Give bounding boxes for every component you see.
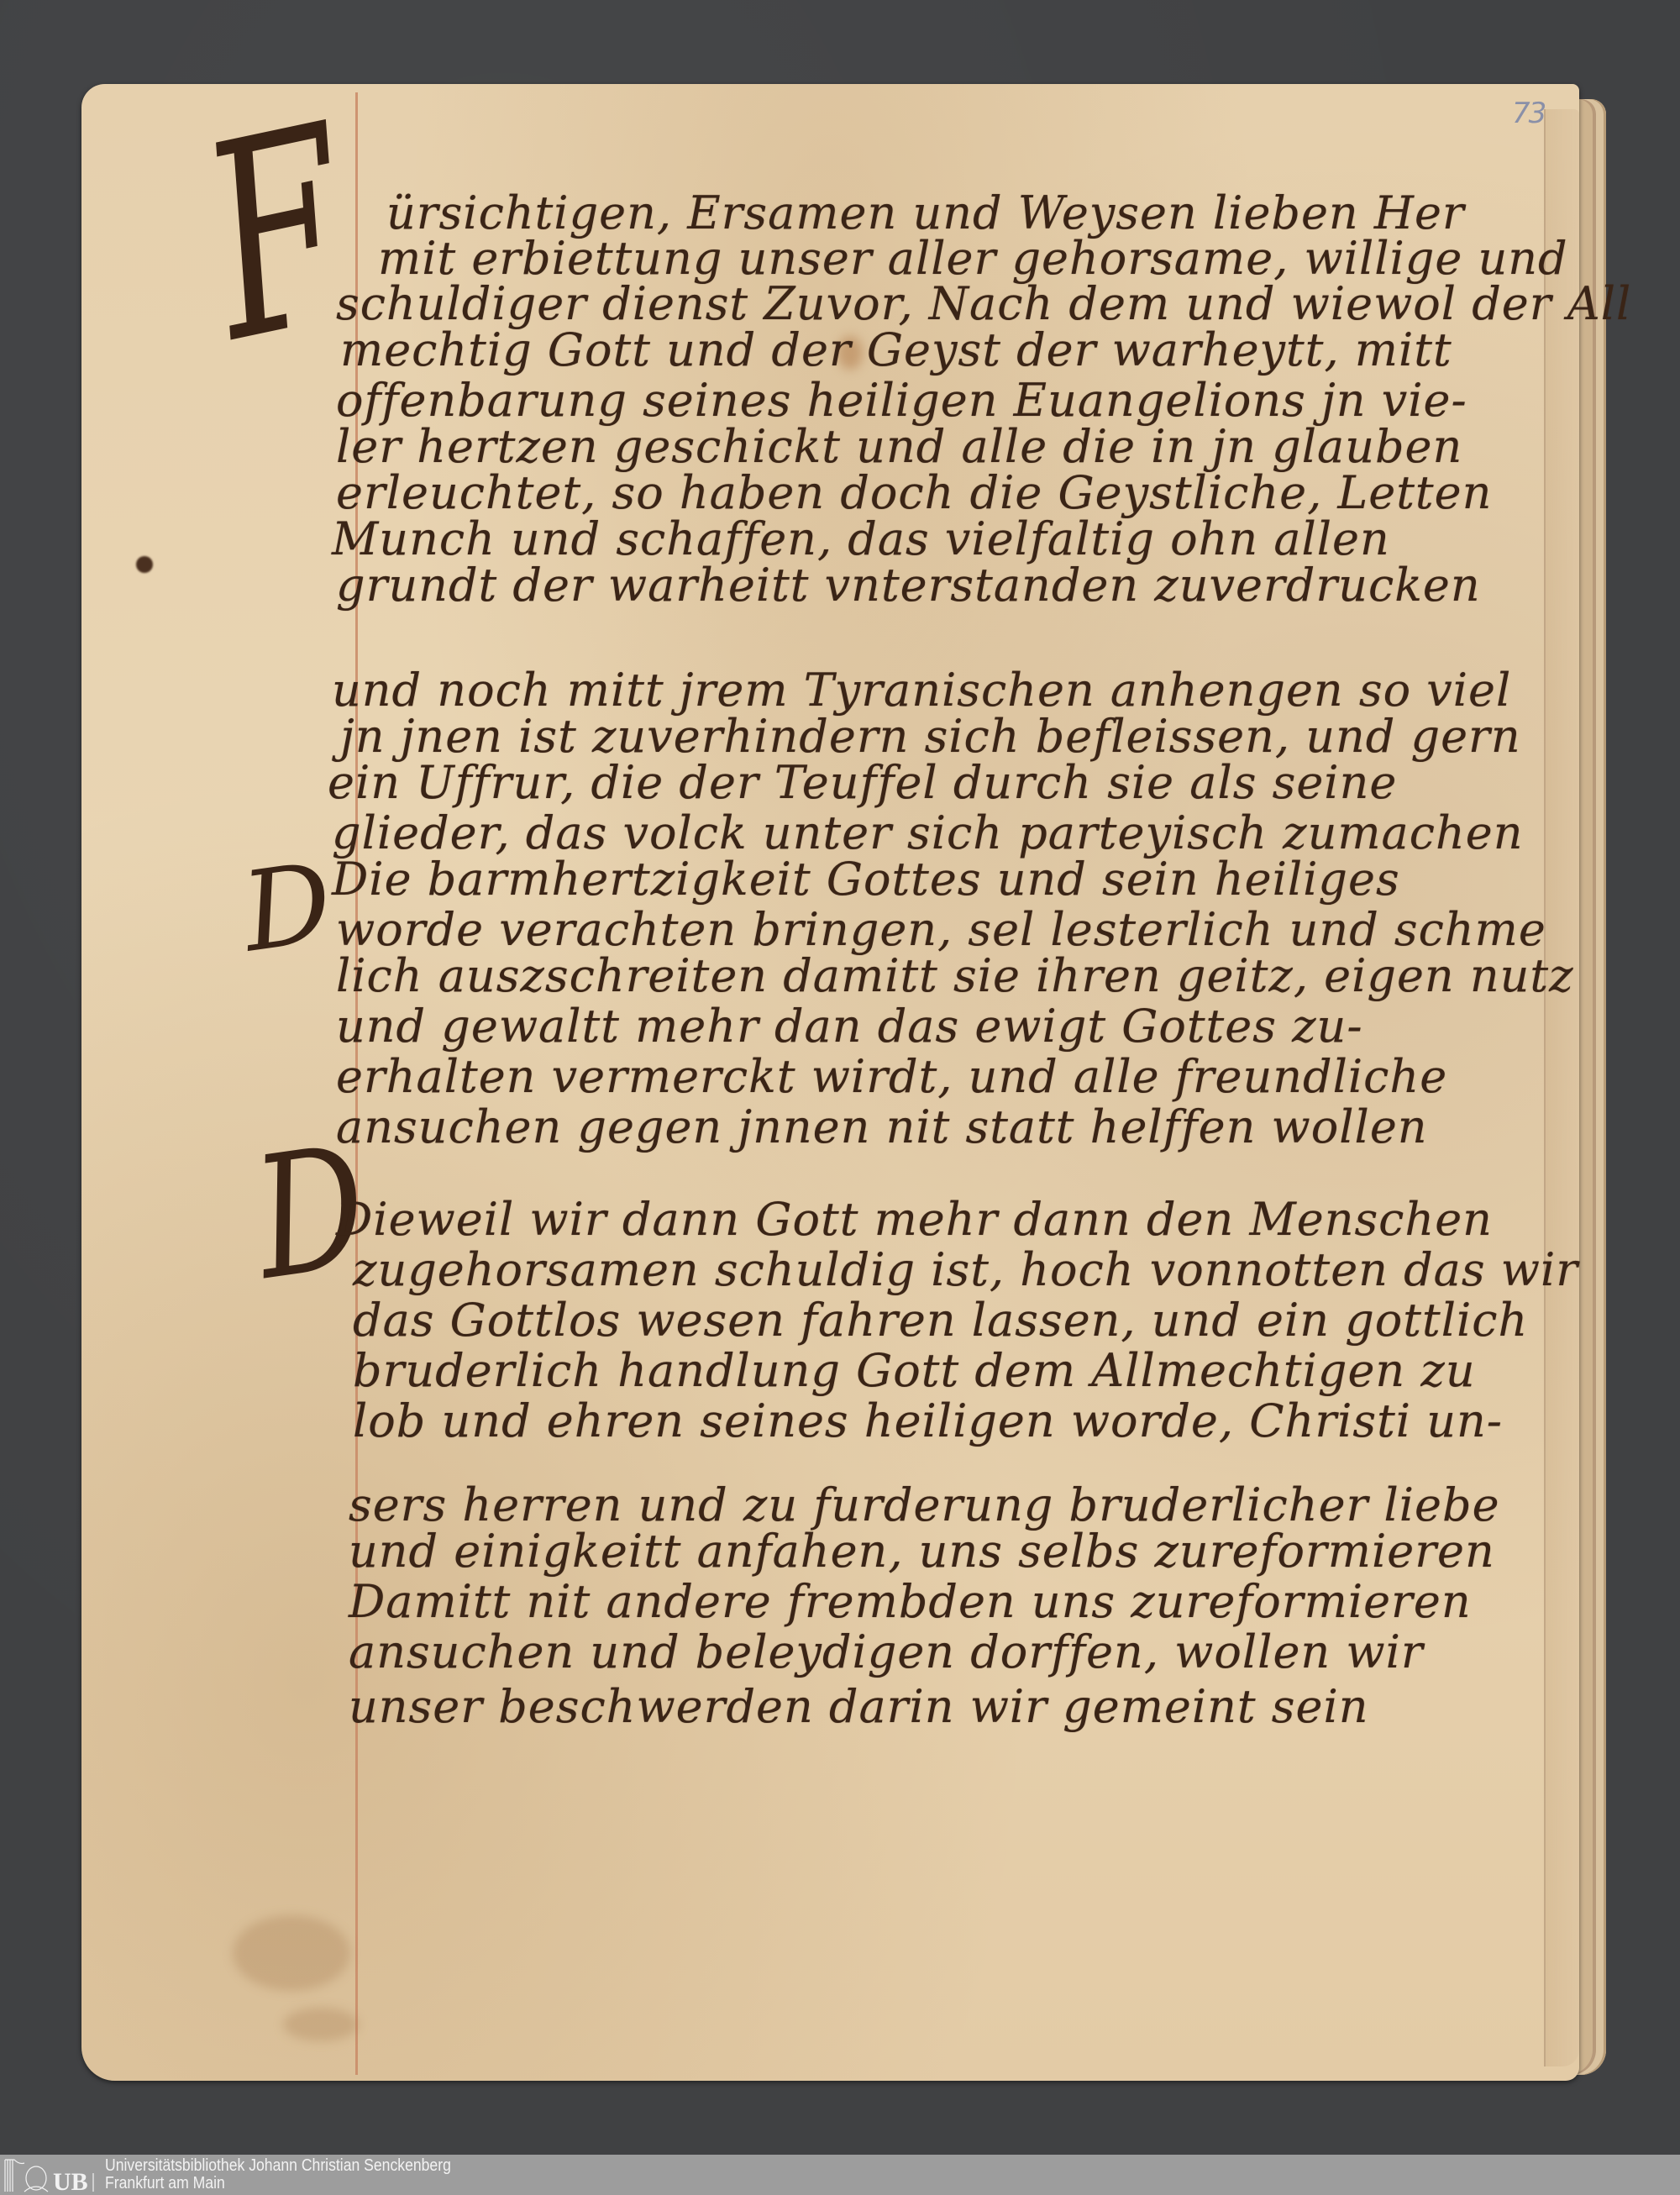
- text-line: lich auszschreiten damitt sie ihren geit…: [336, 949, 1574, 1002]
- library-footer-bar: UB Universitätsbibliothek Johann Christi…: [0, 2155, 1680, 2195]
- institution-name: Universitätsbibliothek Johann Christian …: [105, 2157, 451, 2192]
- institution-line-1: Universitätsbibliothek Johann Christian …: [105, 2157, 451, 2175]
- text-line: grundt der warheitt vnterstanden zuverdr…: [336, 559, 1481, 612]
- text-line: ein Uffrur, die der Teuffel durch sie al…: [328, 756, 1397, 809]
- text-line: offenbarung seines heiligen Euangelions …: [336, 374, 1467, 427]
- text-line: zugehorsamen schuldig ist, hoch vonnotte…: [353, 1243, 1578, 1296]
- text-line: und einigkeitt anfahen, uns selbs zurefo…: [349, 1525, 1495, 1578]
- institution-line-2: Frankfurt am Main: [105, 2175, 451, 2192]
- text-line: Die barmhertzigkeit Gottes und sein heil…: [332, 853, 1400, 906]
- text-line: lob und ehren seines heiligen worde, Chr…: [353, 1394, 1503, 1447]
- text-line: sers herren und zu furderung bruderliche…: [349, 1478, 1500, 1531]
- text-line: das Gottlos wesen fahren lassen, und ein…: [353, 1294, 1528, 1347]
- text-line: ansuchen gegen jnnen nit statt helffen w…: [336, 1100, 1428, 1153]
- text-line: mechtig Gott und der Geyst der warheytt,…: [340, 323, 1452, 376]
- handwritten-text: F D D ürsichtigen, Ersamen und Weysen li…: [0, 0, 1680, 2155]
- text-line: und gewaltt mehr dan das ewigt Gottes zu…: [336, 1000, 1363, 1053]
- svg-text:UB: UB: [53, 2168, 88, 2193]
- text-line: Damitt nit andere frembden uns zureformi…: [349, 1575, 1472, 1628]
- text-line: ler hertzen geschickt und alle die in jn…: [336, 420, 1462, 473]
- text-line: schuldiger dienst Zuvor, Nach dem und wi…: [336, 277, 1631, 330]
- text-line: und noch mitt jrem Tyranischen anhengen …: [332, 664, 1511, 717]
- text-line: worde verachten bringen, sel lesterlich …: [336, 903, 1546, 956]
- decorative-initial-d: D: [236, 847, 338, 967]
- text-line: Dieweil wir dann Gott mehr dann den Mens…: [336, 1193, 1493, 1246]
- text-line: jn jnen ist zuverhindern sich befleissen…: [340, 710, 1521, 763]
- text-line: Munch und schaffen, das vielfaltig ohn a…: [332, 512, 1390, 565]
- text-line: glieder, das volck unter sich parteyisch…: [332, 806, 1524, 859]
- text-line: unser beschwerden darin wir gemeint sein: [349, 1680, 1369, 1733]
- text-line: ansuchen und beleydigen dorffen, wollen …: [349, 1625, 1424, 1678]
- text-line: erhalten vermerckt wirdt, und alle freun…: [336, 1050, 1447, 1103]
- ub-library-logo: UB: [3, 2156, 97, 2193]
- text-line: erleuchtet, so haben doch die Geystliche…: [336, 466, 1492, 519]
- text-line: bruderlich handlung Gott dem Allmechtige…: [353, 1344, 1476, 1397]
